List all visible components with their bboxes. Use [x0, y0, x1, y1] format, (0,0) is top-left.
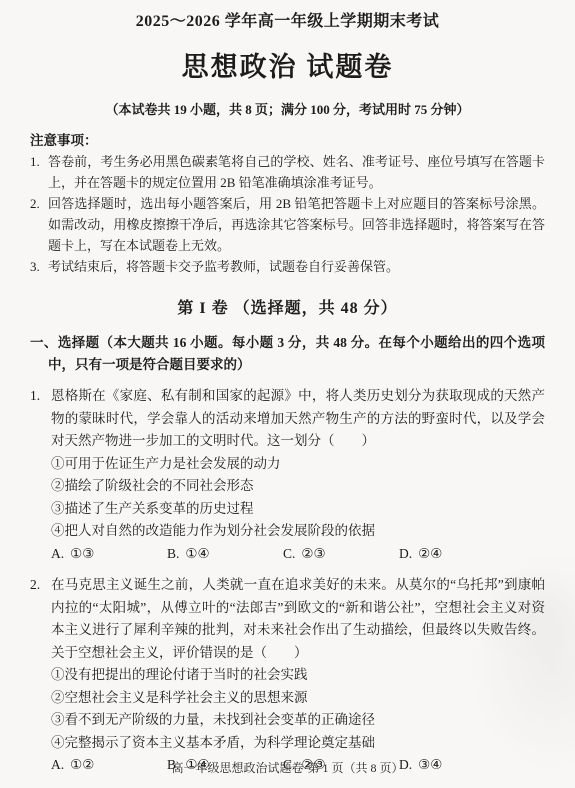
statement-line: ②描绘了阶级社会的不同社会形态	[51, 475, 545, 498]
exam-session-title: 2025～2026 学年高一年级上学期期末考试	[30, 8, 545, 31]
notice-number: 2.	[30, 193, 48, 214]
question-stem: 恩格斯在《家庭、私有制和国家的起源》中，将人类历史划分为获取现成的天然产物的蒙昧…	[51, 385, 545, 453]
notice-text: 回答选择题时，选出每小题答案后，用 2B 铅笔把答题卡上对应题目的答案标号涂黑。…	[48, 193, 545, 256]
notice-number: 3.	[30, 256, 48, 277]
option-text: ①③	[70, 546, 94, 561]
notices-section: 注意事项： 1. 答卷前，考生务必用黑色碳素笔将自己的学校、姓名、准考证号、座位…	[30, 130, 545, 277]
option-d: D.②④	[399, 543, 442, 566]
question-row: 1. 恩格斯在《家庭、私有制和国家的起源》中，将人类历史划分为获取现成的天然产物…	[30, 385, 545, 565]
statement-line: ②空想社会主义是科学社会主义的思想来源	[51, 687, 545, 710]
paper-title: 思想政治 试题卷	[30, 45, 545, 84]
exam-paper-page: 2025～2026 学年高一年级上学期期末考试 思想政治 试题卷 （本试卷共 1…	[0, 0, 575, 788]
statement-line: ④完整揭示了资本主义基本矛盾，为科学理论奠定基础	[51, 732, 545, 755]
question-body: 恩格斯在《家庭、私有制和国家的起源》中，将人类历史划分为获取现成的天然产物的蒙昧…	[51, 385, 545, 565]
statement-line: ①没有把提出的理论付诸于当时的社会实践	[51, 664, 545, 687]
question-row: 2. 在马克思主义诞生之前，人类就一直在追求美好的未来。从莫尔的“乌托邦”到康帕…	[30, 574, 545, 777]
option-label: C.	[283, 546, 295, 561]
notice-number: 1.	[30, 151, 48, 172]
notice-item: 1. 答卷前，考生务必用黑色碳素笔将自己的学校、姓名、准考证号、座位号填写在答题…	[30, 151, 545, 193]
option-a: A.①③	[51, 543, 167, 566]
statement-line: ③看不到无产阶级的力量，未找到社会变革的正确途径	[51, 709, 545, 732]
page-footer: 高一年级思想政治试题卷·第 1 页（共 8 页）	[0, 759, 575, 776]
option-text: ①④	[185, 546, 209, 561]
question-block-2: 2. 在马克思主义诞生之前，人类就一直在追求美好的未来。从莫尔的“乌托邦”到康帕…	[30, 574, 545, 777]
paper-meta: （本试卷共 19 小题，共 8 页；满分 100 分，考试用时 75 分钟）	[30, 99, 545, 118]
notice-item: 3. 考试结束后，将答题卡交予监考教师，试题卷自行妥善保管。	[30, 256, 545, 277]
statement-line: ③描述了生产关系变革的历史过程	[51, 498, 545, 521]
option-b: B.①④	[167, 543, 283, 566]
option-text: ②③	[301, 546, 325, 561]
notice-text: 考试结束后，将答题卡交予监考教师，试题卷自行妥善保管。	[48, 256, 545, 277]
question-number: 2.	[30, 574, 51, 597]
option-label: A.	[51, 546, 64, 561]
question-stem: 在马克思主义诞生之前，人类就一直在追求美好的未来。从莫尔的“乌托邦”到康帕内拉的…	[51, 574, 545, 664]
option-text: ②④	[418, 546, 442, 561]
question-block-1: 1. 恩格斯在《家庭、私有制和国家的起源》中，将人类历史划分为获取现成的天然产物…	[30, 385, 545, 565]
question-number: 1.	[30, 385, 51, 408]
notices-heading: 注意事项：	[30, 130, 545, 151]
notice-text: 答卷前，考生务必用黑色碳素笔将自己的学校、姓名、准考证号、座位号填写在答题卡上，…	[48, 151, 545, 193]
statement-line: ④把人对自然的改造能力作为划分社会发展阶段的依据	[51, 520, 545, 543]
options-row: A.①③ B.①④ C.②③ D.②④	[51, 543, 545, 566]
statement-line: ①可用于佐证生产力是社会发展的动力	[51, 453, 545, 476]
section-heading: 第 I 卷 （选择题，共 48 分）	[30, 295, 545, 318]
option-label: B.	[167, 546, 179, 561]
question-body: 在马克思主义诞生之前，人类就一直在追求美好的未来。从莫尔的“乌托邦”到康帕内拉的…	[51, 574, 545, 777]
notice-item: 2. 回答选择题时，选出每小题答案后，用 2B 铅笔把答题卡上对应题目的答案标号…	[30, 193, 545, 256]
option-c: C.②③	[283, 543, 399, 566]
section-intro: 一、选择题（本大题共 16 小题。每小题 3 分，共 48 分。在每个小题给出的…	[30, 332, 545, 376]
option-label: D.	[399, 546, 412, 561]
